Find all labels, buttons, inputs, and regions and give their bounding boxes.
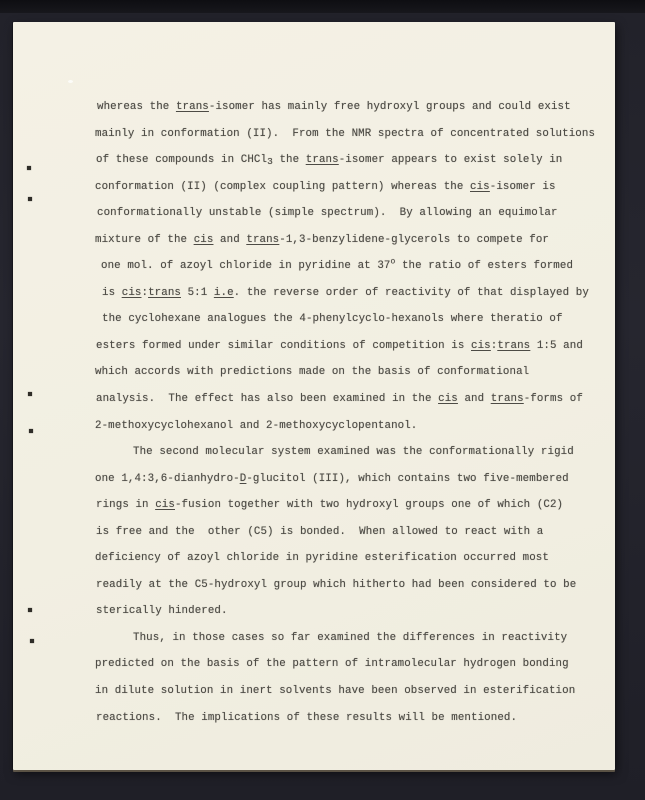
typed-text: 1:5 and [530,340,583,352]
typed-text: which accords with predictions made on t… [95,366,529,378]
typed-text: 5:1 [181,287,214,299]
typed-text: conformation (II) (complex coupling patt… [95,181,470,193]
typed-text: of these compounds in CHCl [96,154,267,166]
typed-line: rings in cis-fusion together with two hy… [95,492,615,519]
typed-line: one mol. of azoyl chloride in pyridine a… [95,253,615,280]
scanned-document-view: whereas the trans-isomer has mainly free… [0,0,645,800]
underlined-text: i.e [214,287,234,299]
typed-line: which accords with predictions made on t… [95,359,615,386]
typed-text: -forms of [524,393,583,405]
typed-text: -isomer is [490,181,556,193]
typed-text: -isomer has mainly free hydroxyl groups … [209,101,571,113]
typed-text: . the reverse order of reactivity of tha… [234,287,589,299]
margin-mark [27,166,31,170]
typed-text: the [273,154,306,166]
typed-line: predicted on the basis of the pattern of… [95,651,615,678]
typed-line: sterically hindered. [95,598,615,625]
typed-line: mixture of the cis and trans-1,3-benzyli… [95,227,615,254]
typed-line: esters formed under similar conditions o… [95,333,615,360]
typed-line: conformation (II) (complex coupling patt… [95,174,615,201]
typed-line: whereas the trans-isomer has mainly free… [95,94,615,121]
margin-mark [28,392,32,396]
typed-text: esters formed under similar conditions o… [96,340,471,352]
typed-line: reactions. The implications of these res… [95,705,615,732]
typed-text: 2-methoxycyclohexanol and 2-methoxycyclo… [95,420,417,432]
typed-text: is [102,287,122,299]
typed-text: one mol. of azoyl chloride in pyridine a… [101,260,390,272]
typed-text: The second molecular system examined was… [133,446,574,458]
underlined-text: trans [491,393,524,405]
typed-text: -isomer appears to exist solely in [339,154,563,166]
typed-text: sterically hindered. [96,605,228,617]
underlined-text: trans [148,287,181,299]
scan-background-top-strip [0,0,645,13]
typed-text: analysis. The effect has also been exami… [96,393,438,405]
typed-text: mixture of the [95,234,194,246]
typed-text: readily at the C5-hydroxyl group which h… [96,579,576,591]
typed-line: the cyclohexane analogues the 4-phenylcy… [95,306,615,333]
underlined-text: trans [497,340,530,352]
typed-text: -fusion together with two hydroxyl group… [175,499,563,511]
margin-mark [28,197,32,201]
margin-mark [30,639,34,643]
underlined-text: cis [470,181,490,193]
typed-text: -1,3-benzylidene-glycerols to compete fo… [279,234,549,246]
underlined-text: cis [194,234,214,246]
typed-line: analysis. The effect has also been exami… [95,386,615,413]
underlined-text: cis [155,499,175,511]
underlined-text: trans [306,154,339,166]
typed-line: deficiency of azoyl chloride in pyridine… [95,545,615,572]
typed-text: conformationally unstable (simple spectr… [97,207,558,219]
typed-line: conformationally unstable (simple spectr… [95,200,615,227]
typed-text: and [213,234,246,246]
underlined-text: cis [471,340,491,352]
typed-text: reactions. The implications of these res… [96,712,517,724]
typed-text: the ratio of esters formed [395,260,573,272]
underlined-text: cis [122,287,142,299]
typed-line: is cis:trans 5:1 i.e. the reverse order … [95,280,615,307]
typed-text: whereas the [97,101,176,113]
underlined-text: trans [176,101,209,113]
typed-line: Thus, in those cases so far examined the… [95,625,615,652]
paper-speck [68,80,73,83]
typed-text: deficiency of azoyl chloride in pyridine… [95,552,549,564]
typed-text: rings in [96,499,155,511]
typed-line: in dilute solution in inert solvents hav… [95,678,615,705]
typed-text: the cyclohexane analogues the 4-phenylcy… [102,313,563,325]
typed-text: Thus, in those cases so far examined the… [133,632,567,644]
typed-text: in dilute solution in inert solvents hav… [95,685,575,697]
typed-text: predicted on the basis of the pattern of… [95,658,569,670]
typed-line: 2-methoxycyclohexanol and 2-methoxycyclo… [95,413,615,440]
typed-text: mainly in conformation (II). From the NM… [95,128,595,140]
typed-text-block: whereas the trans-isomer has mainly free… [95,94,615,731]
typed-line: is free and the other (C5) is bonded. Wh… [95,519,615,546]
typed-line: mainly in conformation (II). From the NM… [95,121,615,148]
typed-line: one 1,4:3,6-dianhydro-D-glucitol (III), … [95,466,615,493]
underlined-text: cis [438,393,458,405]
typed-text: -glucitol (III), which contains two five… [246,473,568,485]
paper-sheet: whereas the trans-isomer has mainly free… [13,22,615,770]
margin-mark [28,608,32,612]
underlined-text: trans [246,234,279,246]
typed-text: and [458,393,491,405]
typed-line: of these compounds in CHCl3 the trans-is… [95,147,615,174]
typed-text: one 1,4:3,6-dianhydro- [95,473,240,485]
typed-line: readily at the C5-hydroxyl group which h… [95,572,615,599]
typed-line: The second molecular system examined was… [95,439,615,466]
margin-mark [29,429,33,433]
typed-text: is free and the other (C5) is bonded. Wh… [96,526,543,538]
